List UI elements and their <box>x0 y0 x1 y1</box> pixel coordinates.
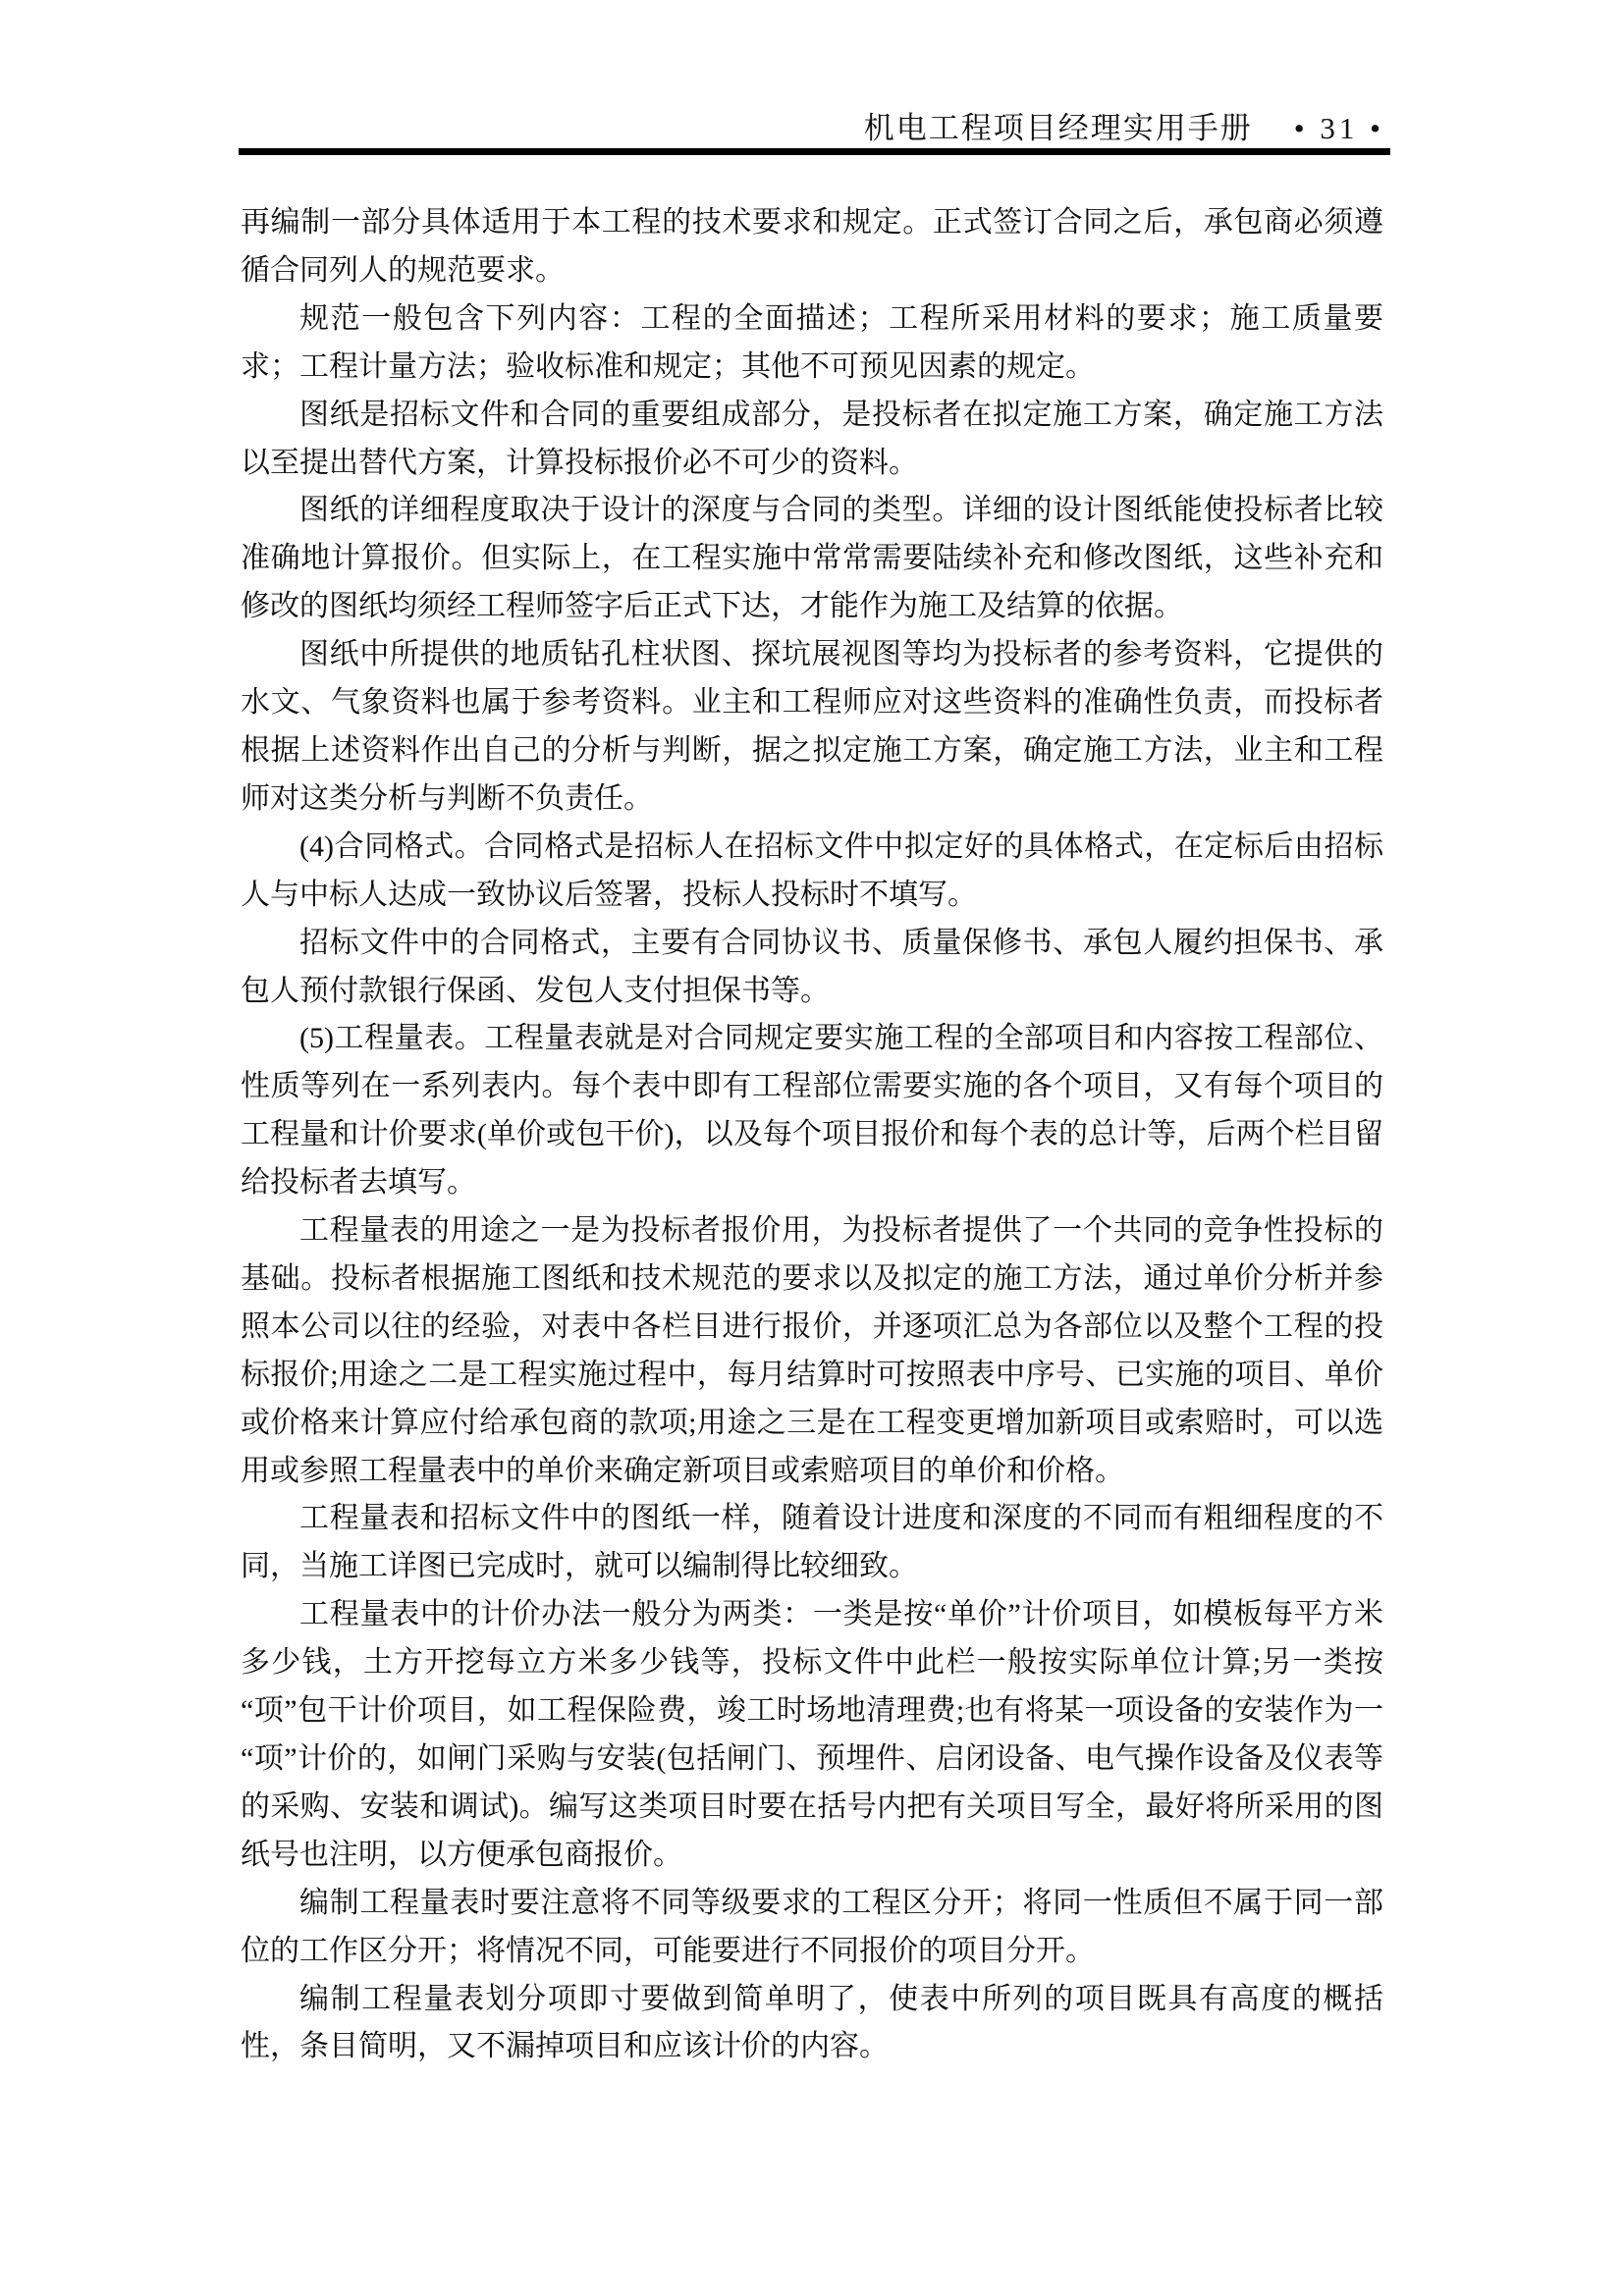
body-text: 再编制一部分具体适用于本工程的技术要求和规定。正式签订合同之后，承包商必须遵循合… <box>241 199 1383 2071</box>
running-head: 机电工程项目经理实用手册• 31 • <box>241 111 1384 146</box>
header-rule <box>239 148 1390 155</box>
paragraph: (4)合同格式。合同格式是招标人在招标文件中拟定好的具体格式，在定标后由招标人与… <box>241 824 1383 920</box>
paragraph: 图纸的详细程度取决于设计的深度与合同的类型。详细的设计图纸能使投标者比较准确地计… <box>241 487 1383 631</box>
paragraph: 再编制一部分具体适用于本工程的技术要求和规定。正式签订合同之后，承包商必须遵循合… <box>241 199 1383 295</box>
book-page: 机电工程项目经理实用手册• 31 • 再编制一部分具体适用于本工程的技术要求和规… <box>0 0 1624 2296</box>
paragraph: 工程量表和招标文件中的图纸一样，随着设计进度和深度的不同而有粗细程度的不同，当施… <box>241 1495 1383 1591</box>
paragraph: 招标文件中的合同格式，主要有合同协议书、质量保修书、承包人履约担保书、承包人预付… <box>241 920 1383 1016</box>
paragraph: 工程量表中的计价办法一般分为两类：一类是按“单价”计价项目，如模板每平方米多少钱… <box>241 1591 1383 1879</box>
paragraph: 编制工程量表划分项即寸要做到简单明了，使表中所列的项目既具有高度的概括性，条目简… <box>241 1976 1383 2072</box>
paragraph: 规范一般包含下列内容：工程的全面描述；工程所采用材料的要求；施工质量要求；工程计… <box>241 295 1383 392</box>
paragraph: 图纸中所提供的地质钻孔柱状图、探坑展视图等均为投标者的参考资料，它提供的水文、气… <box>241 631 1383 824</box>
paragraph: 图纸是招标文件和合同的重要组成部分，是投标者在拟定施工方案，确定施工方法以至提出… <box>241 392 1383 488</box>
running-head-title: 机电工程项目经理实用手册 <box>864 111 1253 145</box>
paragraph: 编制工程量表时要注意将不同等级要求的工程区分开；将同一性质但不属于同一部位的工作… <box>241 1880 1383 1976</box>
paragraph: 工程量表的用途之一是为投标者报价用，为投标者提供了一个共同的竞争性投标的基础。投… <box>241 1207 1383 1495</box>
page-number: • 31 • <box>1294 111 1384 145</box>
paragraph: (5)工程量表。工程量表就是对合同规定要实施工程的全部项目和内容按工程部位、性质… <box>241 1015 1383 1207</box>
